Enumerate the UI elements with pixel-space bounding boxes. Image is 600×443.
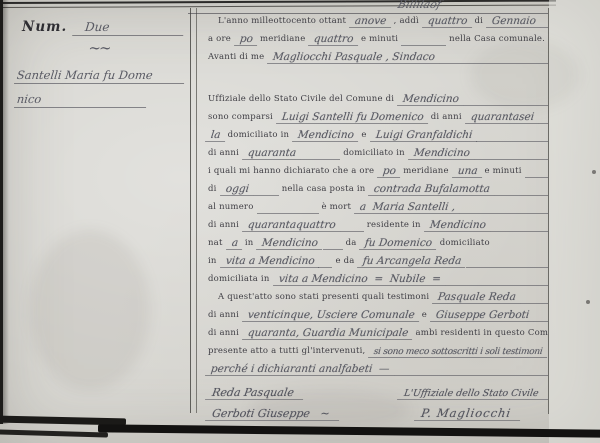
handwritten-text: fu Domenico	[359, 237, 438, 250]
record-number-row: Num. Due	[14, 12, 184, 36]
blank-field	[401, 28, 446, 46]
column-separator-outer	[190, 8, 191, 413]
ink-speck	[592, 170, 596, 174]
handwritten-text: a Maria Santelli ,	[354, 201, 461, 214]
printed-text: di	[205, 184, 220, 196]
register-page: Billilaof Num. Due ∼∼ Santelli Maria fu …	[0, 0, 600, 443]
form-line: perché i dichiaranti analfabeti —	[205, 358, 548, 376]
handwritten-text: Luigi Santelli fu Domenico	[276, 111, 429, 124]
handwritten-text: Gennaio	[486, 15, 542, 28]
form-line: invita a Mendicinoe dafu Arcangela Reda	[205, 250, 548, 268]
handwritten-text: po	[377, 165, 402, 178]
handwritten-text: una	[452, 165, 483, 178]
printed-text: di anni	[205, 310, 242, 322]
printed-text: e minuti	[481, 166, 524, 178]
printed-text: sono comparsi	[205, 112, 276, 124]
handwritten-text: la	[205, 129, 226, 142]
handwritten-text: vita a Mendicino = Nubile =	[273, 273, 447, 286]
printed-text: e	[419, 310, 430, 322]
blank-field	[394, 358, 548, 376]
outer-margin	[549, 0, 600, 443]
handwritten-text: vita a Mendicino	[220, 255, 320, 268]
printed-text: e minuti	[358, 34, 401, 46]
printed-text: L'anno milleottocento ottant	[215, 16, 349, 28]
form-line: di anniventicinque, Usciere ComunaleeGiu…	[205, 304, 548, 322]
printed-text: di anni	[205, 148, 242, 160]
handwritten-text: Mendicino	[256, 237, 324, 250]
ink-speck	[586, 300, 590, 304]
printed-text: di	[471, 16, 486, 28]
printed-text: Avanti di me	[205, 52, 267, 64]
handwritten-text: Giuseppe Gerboti	[430, 309, 535, 322]
handwritten-text: si sono meco sottoscritti i soli testimo…	[368, 347, 548, 358]
handwritten-text: oggi	[220, 183, 255, 196]
blank-field	[463, 88, 548, 106]
blank-field	[257, 196, 319, 214]
form-line	[205, 64, 548, 88]
form-line: di anniquaranta, Guardia Municipaleambi …	[205, 322, 548, 340]
printed-text: nat	[205, 238, 226, 250]
blank-field	[540, 10, 548, 28]
blank-field	[525, 160, 548, 178]
paper-smudge	[30, 230, 150, 390]
printed-text: domiciliato	[437, 238, 493, 250]
handwritten-text: Mendicino	[292, 129, 360, 142]
form-line: A quest'atto sono stati presenti quali t…	[205, 286, 548, 304]
blank-field	[318, 250, 332, 268]
handwritten-text: quarantaquattro	[242, 219, 341, 232]
form-line: sono comparsiLuigi Santelli fu Domenicod…	[205, 106, 548, 124]
bottom-band-left-echo	[0, 429, 108, 437]
blank-field	[323, 232, 343, 250]
official-title-signature: L'Uffiziale dello Stato Civile	[397, 388, 549, 400]
printed-text: di anni	[428, 112, 465, 124]
printed-text: Uffiziale dello Stato Civile del Comune …	[205, 94, 397, 106]
signature-block: Reda Pasquale L'Uffiziale dello Stato Ci…	[205, 379, 548, 421]
printed-text: domiciliato in	[340, 148, 408, 160]
blank-field	[476, 124, 548, 142]
handwritten-text: Magliocchi Pasquale , Sindaco	[267, 51, 441, 64]
blank-field	[253, 178, 279, 196]
right-border-rule	[548, 8, 549, 414]
blank-field	[459, 196, 548, 214]
printed-text: i quali mi hanno dichiarato che a ore	[205, 166, 377, 178]
printed-text: in	[242, 238, 257, 250]
form-line: diogginella casa posta incontrada Bufala…	[205, 178, 548, 196]
printed-text: è mort	[319, 202, 355, 214]
printed-text: e da	[332, 256, 357, 268]
printed-text: e	[358, 130, 369, 142]
printed-text: al numero	[205, 202, 257, 214]
signature-row: Reda Pasquale L'Uffiziale dello Stato Ci…	[205, 379, 548, 400]
blank-field	[474, 142, 548, 160]
bottom-band-full	[98, 424, 600, 437]
blank-field	[520, 286, 548, 304]
form-line: Uffiziale dello Stato Civile del Comune …	[205, 88, 548, 106]
form-line: presente atto a tutti gl'intervenuti,si …	[205, 340, 548, 358]
form-line: a orepomeridianequattroe minutinella Cas…	[205, 28, 548, 46]
form-line: Avanti di meMagliocchi Pasquale , Sindac…	[205, 46, 548, 64]
handwritten-text: Mendicino	[424, 219, 492, 232]
blank-field	[466, 250, 548, 268]
handwritten-text: quaranta, Guardia Municipale	[242, 327, 414, 340]
handwritten-text: perché i dichiaranti analfabeti —	[205, 363, 395, 376]
blank-field	[533, 304, 548, 322]
handwritten-text: quaranta	[242, 147, 302, 160]
printed-text: A quest'atto sono stati presenti quali t…	[215, 292, 432, 304]
witness-signature-2: Gerboti Giuseppe ∼	[205, 407, 341, 421]
printed-text: di anni	[205, 220, 242, 232]
handwritten-text: a	[226, 237, 244, 250]
printed-text: meridiane	[400, 166, 451, 178]
death-act-body: L'anno milleottocento ottantanove, addìq…	[205, 10, 548, 421]
printed-text: a ore	[205, 34, 234, 46]
blank-field	[538, 106, 548, 124]
decedent-name-line1: Santelli Maria fu Dome	[14, 62, 186, 84]
official-signature: P. Magliocchi	[414, 406, 522, 421]
handwritten-text: anove	[349, 15, 392, 28]
form-line: L'anno milleottocento ottantanove, addìq…	[205, 10, 548, 28]
form-line: domiciliata invita a Mendicino = Nubile …	[205, 268, 548, 286]
printed-text: nella casa posta in	[279, 184, 369, 196]
form-line: al numeroè morta Maria Santelli ,	[205, 196, 548, 214]
margin-column: Num. Due ∼∼ Santelli Maria fu Dome nico	[14, 12, 184, 108]
blank-field	[340, 214, 364, 232]
form-line: ladomiciliato inMendicinoeLuigi Granfald…	[205, 124, 548, 142]
printed-text: in	[205, 256, 220, 268]
form-line: di anniquarantaquattroresidente inMendic…	[205, 214, 548, 232]
num-label: Num.	[14, 19, 73, 36]
blank-field	[490, 214, 548, 232]
record-number-value: Due	[72, 20, 185, 36]
witness-signature-1: Reda Pasquale	[205, 386, 305, 400]
handwritten-text: Mendicino	[408, 147, 476, 160]
handwritten-text: quattro	[422, 15, 473, 28]
printed-text: , addì	[391, 16, 422, 28]
handwritten-text: fu Arcangela Reda	[357, 255, 467, 268]
handwritten-text: po	[234, 33, 259, 46]
handwritten-text: venticinque, Usciere Comunale	[242, 309, 420, 322]
printed-text: di anni	[205, 328, 242, 340]
printed-text: nella Casa comunale.	[446, 34, 548, 46]
printed-text: presente atto a tutti gl'intervenuti,	[205, 346, 368, 358]
handwritten-text: Mendicino	[397, 93, 465, 106]
form-line: natainMendicinodafu Domenicodomiciliato	[205, 232, 548, 250]
printed-text: da	[343, 238, 360, 250]
blank-field	[445, 268, 548, 286]
form-line: i quali mi hanno dichiarato che a orepom…	[205, 160, 548, 178]
signature-row: Gerboti Giuseppe ∼ P. Magliocchi	[205, 400, 548, 421]
handwritten-text: Pasquale Reda	[432, 291, 522, 304]
printed-text: meridiane	[257, 34, 308, 46]
decedent-name-line2: nico	[14, 86, 148, 108]
column-separator-inner	[196, 8, 197, 413]
blank-field	[494, 178, 548, 196]
handwritten-text: Luigi Granfaldichi	[370, 129, 478, 142]
act-lines: L'anno milleottocento ottantanove, addìq…	[205, 10, 548, 376]
blank-field	[439, 46, 548, 64]
flourish-mark: ∼∼	[14, 39, 184, 56]
handwritten-text: contrada Bufalamotta	[368, 183, 496, 196]
handwritten-text: quarantasei	[465, 111, 540, 124]
printed-text: domiciliato in	[225, 130, 293, 142]
printed-text: domiciliata in	[205, 274, 273, 286]
form-line: di anniquarantadomiciliato inMendicino	[205, 142, 548, 160]
binding-shadow	[3, 0, 9, 424]
blank-field	[300, 142, 340, 160]
handwritten-text: quattro	[308, 33, 359, 46]
printed-text: residente in	[364, 220, 424, 232]
printed-text: ambi residenti in questo Comune. Letto i…	[412, 328, 548, 340]
